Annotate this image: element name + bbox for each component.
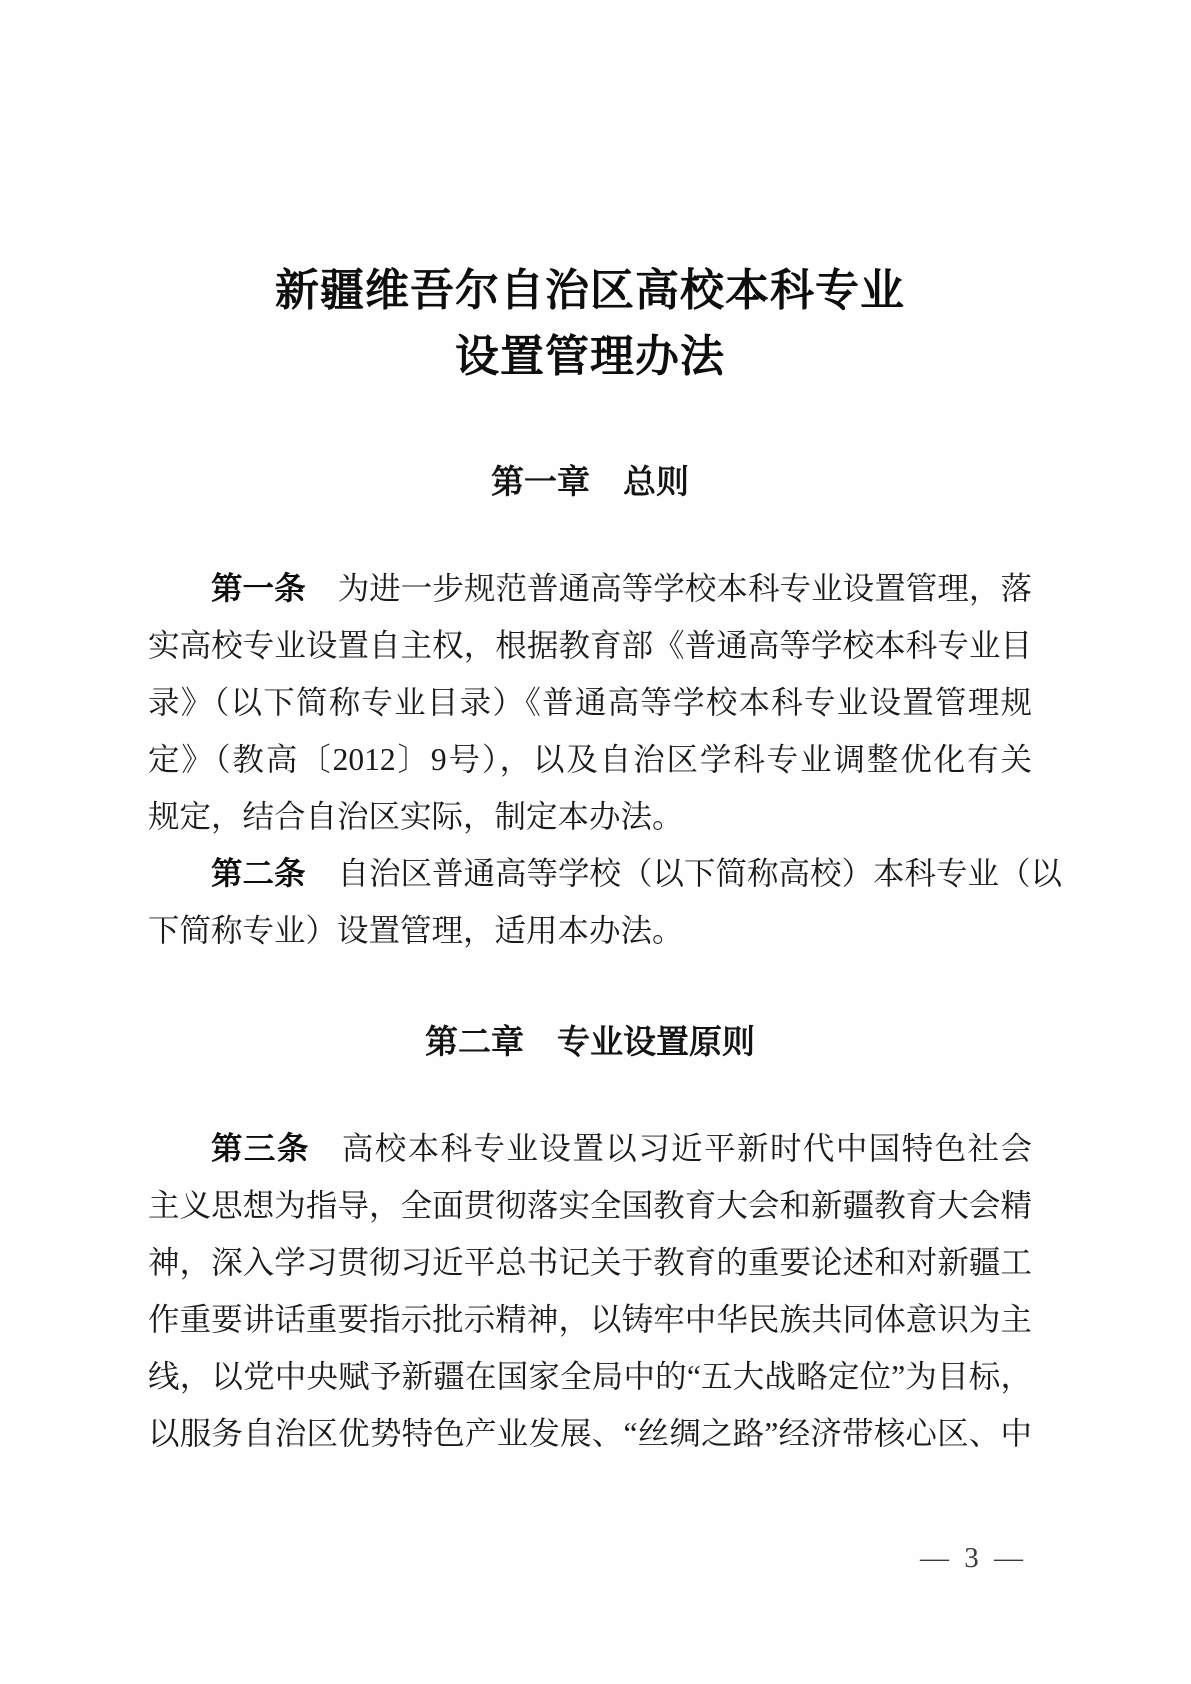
article-2-label: 第二条 [211,855,306,891]
article-1-line-5: 规定，结合自治区实际，制定本办法。 [148,788,1032,845]
page-number: — 3 — [920,1541,1027,1575]
article-3-paragraph: 第三条高校本科专业设置以习近平新时代中国特色社会 主义思想为指导，全面贯彻落实全… [148,1120,1032,1462]
article-1-line-3: 录》（以下简称专业目录）《普通高等学校本科专业设置管理规 [148,674,1032,731]
article-2-line-1: 第二条自治区普通高等学校（以下简称高校）本科专业（以 [148,845,1032,902]
article-2-line-2: 下简称专业）设置管理，适用本办法。 [148,902,1032,959]
article-1-line-2: 实高校专业设置自主权，根据教育部《普通高等学校本科专业目 [148,617,1032,674]
article-1-paragraph: 第一条为进一步规范普通高等学校本科专业设置管理，落 实高校专业设置自主权，根据教… [148,560,1032,845]
article-3-line-4: 作重要讲话重要指示批示精神，以铸牢中华民族共同体意识为主 [148,1291,1032,1348]
article-3-line-5: 线，以党中央赋予新疆在国家全局中的“五大战略定位”为目标， [148,1348,1032,1405]
article-2-paragraph: 第二条自治区普通高等学校（以下简称高校）本科专业（以 下简称专业）设置管理，适用… [148,845,1032,959]
article-1-line-4: 定》（教高〔2012〕9号），以及自治区学科专业调整优化有关 [148,731,1032,788]
scanned-document-page: 新疆维吾尔自治区高校本科专业 设置管理办法 第一章 总则 第一条为进一步规范普通… [0,0,1191,1684]
article-3-line-6: 以服务自治区优势特色产业发展、“丝绸之路”经济带核心区、中 [148,1405,1032,1462]
article-2-line-1-text: 自治区普通高等学校（以下简称高校）本科专业（以 [338,856,1063,891]
document-title-line-2: 设置管理办法 [148,324,1032,390]
article-3-line-1-text: 高校本科专业设置以习近平新时代中国特色社会 [342,1131,1032,1166]
article-1-line-1: 第一条为进一步规范普通高等学校本科专业设置管理，落 [148,560,1032,617]
article-1-label: 第一条 [211,570,306,606]
document-title-line-1: 新疆维吾尔自治区高校本科专业 [148,258,1032,324]
article-3-label: 第三条 [211,1130,310,1166]
document-title: 新疆维吾尔自治区高校本科专业 设置管理办法 [148,258,1032,390]
article-3-line-1: 第三条高校本科专业设置以习近平新时代中国特色社会 [148,1120,1032,1177]
article-3-line-3: 神，深入学习贯彻习近平总书记关于教育的重要论述和对新疆工 [148,1234,1032,1291]
chapter-2-heading: 第二章 专业设置原则 [148,1023,1032,1061]
chapter-1-heading: 第一章 总则 [148,463,1032,501]
article-1-line-1-text: 为进一步规范普通高等学校本科专业设置管理，落 [338,571,1032,606]
article-3-line-2: 主义思想为指导，全面贯彻落实全国教育大会和新疆教育大会精 [148,1177,1032,1234]
